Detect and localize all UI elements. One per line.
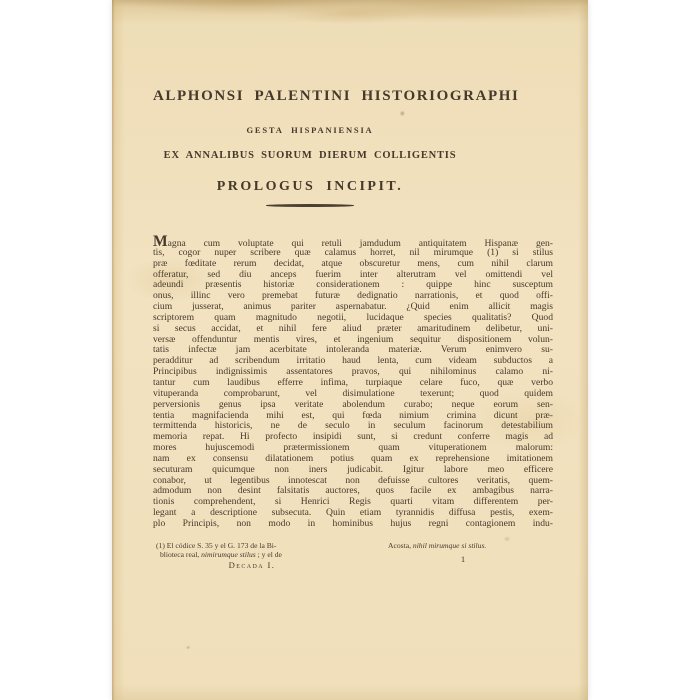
page-number: 1 [388, 555, 538, 564]
body-text-line: secuturam quicumque non iners judicabit.… [153, 465, 553, 476]
body-text-line: si secus accidat, et nihil fere aliud pr… [153, 324, 553, 335]
footnote-line-2: blioteca real, nimirumque stilus ; y el … [156, 551, 348, 560]
scan-background: ALPHONSI PALENTINI HISTORIOGRAPHI GESTA … [0, 0, 700, 700]
signature-line: Decada I. [156, 561, 348, 570]
body-text-line: præ fœditate rerum decidat, atque obscur… [153, 259, 553, 270]
book-page: ALPHONSI PALENTINI HISTORIOGRAPHI GESTA … [112, 0, 588, 700]
body-text-line: perversionis genus ipsa veritate abolend… [153, 400, 553, 411]
subtitle-secondary: EX ANNALIBUS SUORUM DIERUM COLLIGENTIS [153, 150, 467, 161]
footnote-right-italic: nihil mirumque si stilus. [413, 541, 486, 550]
footnote-right-column: Acosta, nihil mirumque si stilus. 1 [388, 542, 556, 563]
body-text-line: plo Principis, non modo in hominibus huj… [153, 519, 553, 530]
footnote-line-2-roman: blioteca real, [160, 550, 201, 559]
footnote-line-2-roman-end: ; y el de [256, 550, 282, 559]
section-heading: PROLOGUS INCIPIT. [153, 179, 467, 195]
decorative-rule [266, 204, 354, 207]
body-text-lines: tis, cogor nuper scribere quæ calamus ho… [153, 248, 553, 530]
footnote-line-2-italic: nimirumque stilus [201, 550, 256, 559]
footnote-left-column: (1) El códice S. 35 y el G. 173 de la Bi… [156, 542, 348, 569]
subtitle: GESTA HISPANIENSIA [153, 125, 467, 135]
footnote-right-roman: Acosta, [388, 541, 413, 550]
main-title: ALPHONSI PALENTINI HISTORIOGRAPHI [153, 88, 467, 105]
body-paragraph: Magna cum voluptate qui retuli jamdudum … [153, 237, 553, 530]
